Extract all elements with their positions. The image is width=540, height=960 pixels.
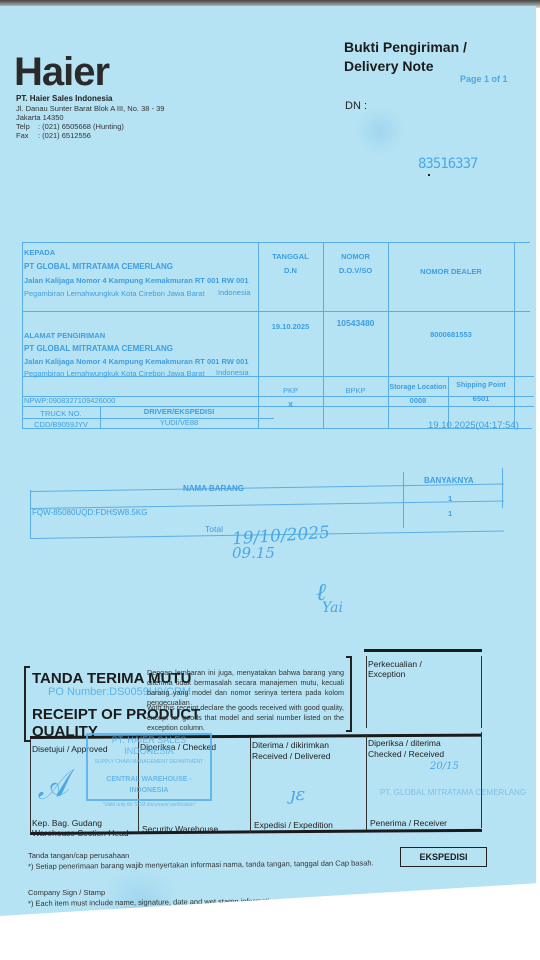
signature-border <box>481 732 482 828</box>
stamp-line-1: PT. HAIER SALES INDONESIA <box>88 735 210 757</box>
truck-label: TRUCK NO. <box>22 409 100 418</box>
shipping-country: Indonesia <box>216 368 249 377</box>
sign-note-id: *) Setiap penerimaan barang wajib menyer… <box>28 858 374 871</box>
delivered-label-2: Received / Delivered <box>252 751 330 761</box>
npwp: NPWP:0908327109426000 <box>24 396 115 405</box>
address-line-1: Jl. Danau Sunter Barat Blok A III, No. 3… <box>16 104 164 113</box>
storage-location-label: Storage Location <box>388 384 448 391</box>
driver-value: YUDI/VE88 <box>100 418 258 427</box>
dn-label: DN : <box>345 100 367 112</box>
delivered-label-1: Diterima / dikirimkan <box>252 740 329 750</box>
col-quantity: BANYAKNYA <box>424 476 474 485</box>
company-name: PT. Haier Sales Indonesia <box>16 94 112 103</box>
received-label-2: Checked / Received <box>368 749 444 759</box>
grid-line <box>22 242 23 428</box>
tanggal-label-2: D.N <box>258 266 323 275</box>
approved-role-2: Warehouse Section Head <box>32 828 129 838</box>
grid-line <box>30 490 31 538</box>
sign-note-title-id: Tanda tangan/cap perusahaan <box>28 851 129 860</box>
fax-label: Fax <box>16 131 38 140</box>
haier-logo: Haier <box>14 50 109 95</box>
dn-number: 83516337 <box>418 156 477 172</box>
receiver-stamp: PT. GLOBAL MITRATAMA CEMERLANG <box>380 788 526 797</box>
shipping-point-label: Shipping Point <box>448 382 514 389</box>
grid-line <box>403 472 404 528</box>
copy-label: EKSPEDISI <box>400 847 487 867</box>
tanggal-label-1: TANGGAL <box>258 252 323 261</box>
grid-line <box>22 311 530 312</box>
checked-role: Security Warehouse <box>142 824 218 834</box>
grid-line <box>514 242 515 428</box>
shipping-address-1: Jalan Kalijaga Nomor 4 Kampung Kemakmura… <box>24 357 249 366</box>
warehouse-stamp: PT. HAIER SALES INDONESIA SUPPLY CHAIN M… <box>86 733 212 801</box>
fax-row: Fax: (021) 6512556 <box>16 131 164 140</box>
exception-label-1: Perkecualian / <box>368 659 422 669</box>
nomor-label: NOMOR D.O.V/SO <box>323 252 388 275</box>
stamp-line-4: "Valid only for SCM document verificatio… <box>88 800 210 811</box>
grid-line <box>22 242 530 243</box>
tanggal-label: TANGGAL D.N <box>258 252 323 275</box>
print-timestamp: 19.10.2025(04:17:54) <box>428 420 519 431</box>
recipient-address-1: Jalan Kalijaga Nomor 4 Kampung Kemakmura… <box>24 276 249 285</box>
pkp-label: PKP <box>258 386 323 395</box>
item-quantity: 1 <box>448 494 452 503</box>
page-indicator: Page 1 of 1 <box>460 74 508 84</box>
bpkp-label: BPKP <box>323 386 388 395</box>
total-quantity: 1 <box>448 509 452 518</box>
signature-border <box>30 738 31 833</box>
exception-field[interactable] <box>368 674 480 726</box>
tanggal-value: 19.10.2025 <box>258 322 323 331</box>
delivery-note-paper: Haier PT. Haier Sales Indonesia Jl. Dana… <box>0 6 536 916</box>
dealer-label: NOMOR DEALER <box>388 267 514 276</box>
address-line-2: Jakarta 14350 <box>16 113 164 122</box>
pkp-value: X <box>258 400 323 409</box>
shipping-address-2: Pegambiran Lemahwungkuk Kota Cirebon Jaw… <box>24 369 205 378</box>
handwritten-initials: Yai <box>322 600 343 616</box>
title-line-1: Bukti Pengiriman / <box>344 38 467 57</box>
kepada-label: KEPADA <box>24 248 55 257</box>
driver-label: DRIVER/EKSPEDISI <box>100 407 258 416</box>
shipping-label: ALAMAT PENGIRIMAN <box>24 331 105 340</box>
signature-border <box>366 734 367 830</box>
sign-note-title-en: Company Sign / Stamp <box>28 888 105 897</box>
document-title: Bukti Pengiriman / Delivery Note <box>344 38 467 76</box>
receipt-text-id: Dengan lembaran ini juga, menyatakan bah… <box>147 668 344 708</box>
approver-signature: 𝒜 <box>33 764 72 809</box>
nomor-label-1: NOMOR <box>323 252 388 261</box>
delivered-role: Expedisi / Expedition <box>254 820 333 830</box>
grid-line <box>502 468 503 508</box>
receiver-handwritten-date: 20/15 <box>430 761 459 772</box>
sign-note-en: *) Each item must include name, signatur… <box>28 896 280 908</box>
approved-role-1: Kep. Bag. Gudang <box>32 818 102 828</box>
stamp-line-3: CENTRAL WAREHOUSE - INDONESIA <box>88 774 210 796</box>
shipping-name: PT GLOBAL MITRATAMA CEMERLANG <box>24 344 173 353</box>
do-number: 10543480 <box>323 318 388 328</box>
exception-border <box>481 656 482 728</box>
phone-row: Telp: (021) 6505668 (Hunting) <box>16 122 164 131</box>
title-line-2: Delivery Note <box>344 57 467 76</box>
handwritten-time: 09.15 <box>232 544 275 562</box>
left-bracket <box>24 666 30 742</box>
company-address: Jl. Danau Sunter Barat Blok A III, No. 3… <box>16 104 164 140</box>
recipient-address-2: Pegambiran Lemahwungkuk Kota Cirebon Jaw… <box>24 289 205 298</box>
shipping-point-value: 6501 <box>448 394 514 403</box>
exception-border <box>366 656 367 728</box>
dot-mark <box>428 174 430 176</box>
recipient-name: PT GLOBAL MITRATAMA CEMERLANG <box>24 262 173 271</box>
right-bracket <box>346 656 352 732</box>
recipient-country: Indonesia <box>218 288 251 297</box>
phone-label: Telp <box>16 122 38 131</box>
exception-top-rule <box>364 649 482 652</box>
truck-number: CDD/B9059JYV <box>22 420 100 429</box>
receipt-text-en: With this receipt declare the goods rece… <box>147 703 344 733</box>
fax-value: : (021) 6512556 <box>38 131 91 140</box>
nomor-label-2: D.O.V/SO <box>323 266 388 275</box>
received-role: Penerima / Receiver <box>370 818 447 828</box>
received-label-1: Diperiksa / diterima <box>368 738 441 748</box>
expedition-signature: ȷε <box>290 784 305 805</box>
phone-value: : (021) 6505668 (Hunting) <box>38 122 124 131</box>
dealer-number: 8000681553 <box>388 330 514 339</box>
item-name: FQW-85080UQD:FDHSW8.5KG <box>32 508 147 517</box>
total-label: Total <box>205 524 223 534</box>
signature-border <box>250 738 251 833</box>
col-item-name: NAMA BARANG <box>183 484 244 493</box>
storage-location-value: 0008 <box>388 396 448 405</box>
stamp-line-2: SUPPLY CHAIN MANAGEMENT DEPARTMENT <box>88 757 210 768</box>
